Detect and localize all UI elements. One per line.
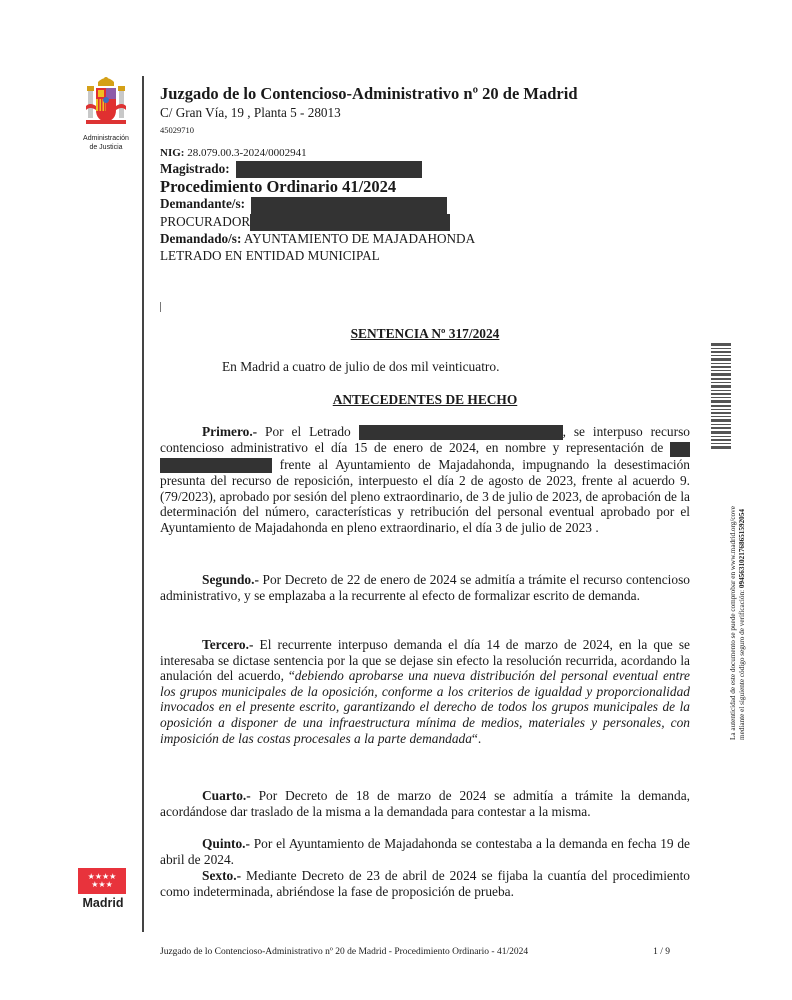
justice-logo-caption-2: de Justicia [74, 144, 138, 153]
procurador-label: PROCURADOR [160, 214, 250, 229]
page-number: 1 / 9 [653, 946, 670, 958]
redaction-representado-2 [160, 458, 272, 473]
court-title: Juzgado de lo Contencioso-Administrativo… [160, 84, 720, 104]
demandado-line: Demandado/s: AYUNTAMIENTO DE MAJADAHONDA [160, 231, 720, 247]
verification-barcode [711, 343, 731, 451]
place-date: En Madrid a cuatro de julio de dos mil v… [222, 359, 499, 375]
primero-label: Primero.- [202, 424, 257, 439]
verification-text-line-1: La autenticidad de este documento se pue… [729, 506, 738, 740]
demandante-label: Demandante/s: [160, 196, 245, 211]
verification-code: 0945631021768651592054 [738, 509, 746, 588]
procedure-title: Procedimiento Ordinario 41/2024 [160, 178, 720, 196]
redaction-magistrado [236, 161, 422, 178]
redaction-letrado [359, 425, 563, 440]
procurador-line: PROCURADOR [160, 214, 720, 231]
paragraph-tercero: Tercero.- El recurrente interpuso demand… [160, 637, 690, 746]
sexto-label: Sexto.- [202, 868, 241, 883]
nig-line: NIG: 28.079.00.3-2024/0002941 [160, 146, 720, 161]
magistrado-line: Magistrado: [160, 161, 720, 178]
paragraph-quinto: Quinto.- Por el Ayuntamiento de Majadaho… [160, 836, 690, 867]
margin-tick [160, 302, 161, 312]
madrid-logo-label: Madrid [78, 896, 128, 910]
madrid-flag-icon: ★★★★ ★★★ [78, 868, 126, 894]
tercero-end: “. [472, 731, 481, 746]
nig-value: 28.079.00.3-2024/0002941 [187, 147, 306, 159]
madrid-stars-row-2: ★★★ [91, 881, 113, 889]
barcode-icon [711, 343, 731, 451]
demandado-value: AYUNTAMIENTO DE MAJADAHONDA [244, 231, 475, 246]
paragraph-cuarto: Cuarto.- Por Decreto de 18 de marzo de 2… [160, 788, 690, 819]
coat-of-arms-icon [84, 76, 128, 130]
demandante-line: Demandante/s: [160, 196, 720, 213]
margin-rule [142, 76, 144, 932]
paragraph-sexto: Sexto.- Mediante Decreto de 23 de abril … [160, 868, 690, 899]
demandado-label: Demandado/s: [160, 231, 241, 246]
redaction-representado-1 [670, 442, 690, 457]
paragraph-primero: Primero.- Por el Letrado , se interpuso … [160, 424, 690, 536]
court-header: Juzgado de lo Contencioso-Administrativo… [160, 84, 720, 137]
section-title: ANTECEDENTES DE HECHO [160, 392, 690, 408]
administracion-justicia-logo: Administración de Justicia [74, 76, 138, 152]
footer-text: Juzgado de lo Contencioso-Administrativo… [160, 946, 528, 958]
tercero-label: Tercero.- [202, 637, 253, 652]
nig-label: NIG: [160, 147, 184, 159]
paragraph-segundo: Segundo.- Por Decreto de 22 de enero de … [160, 572, 690, 603]
cuarto-label: Cuarto.- [202, 788, 251, 803]
justice-logo-caption-1: Administración [74, 135, 138, 144]
verification-text-line-2: mediante el siguiente código seguro de v… [738, 509, 747, 740]
court-address: C/ Gran Vía, 19 , Planta 5 - 28013 [160, 104, 720, 122]
quinto-label: Quinto.- [202, 836, 250, 851]
comunidad-madrid-logo: ★★★★ ★★★ Madrid [78, 868, 128, 910]
redaction-procurador [250, 214, 450, 231]
letrado-line: LETRADO EN ENTIDAD MUNICIPAL [160, 248, 720, 264]
verification-prefix: mediante el siguiente código seguro de v… [738, 588, 746, 740]
magistrado-label: Magistrado: [160, 161, 230, 176]
sentence-title: SENTENCIA Nº 317/2024 [160, 326, 690, 342]
court-code: 45029710 [160, 123, 720, 137]
case-metadata: NIG: 28.079.00.3-2024/0002941 Magistrado… [160, 146, 720, 264]
redaction-demandante [251, 197, 447, 214]
primero-text-1: Por el Letrado [257, 424, 358, 439]
segundo-label: Segundo.- [202, 572, 259, 587]
page-footer: Juzgado de lo Contencioso-Administrativo… [160, 946, 670, 958]
